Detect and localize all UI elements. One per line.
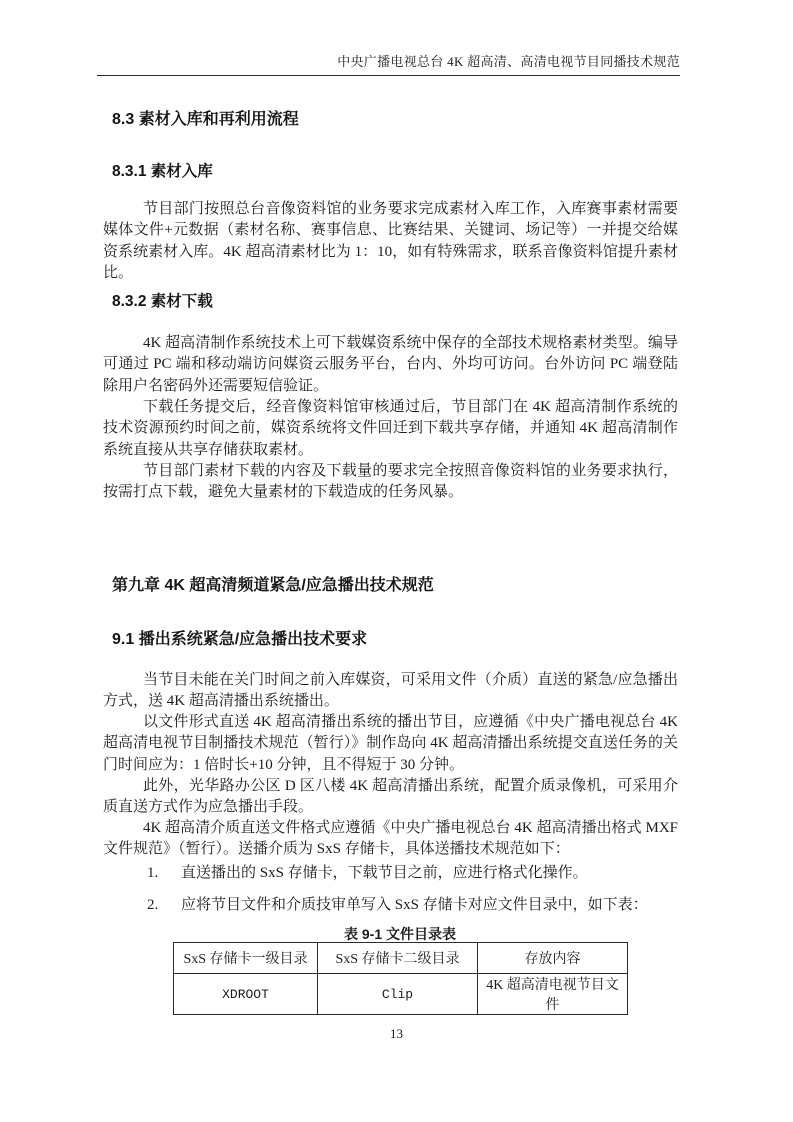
table-header-row: SxS 存储卡一级目录 SxS 存储卡二级目录 存放内容 [174,943,628,974]
list-item-1: 1.直送播出的 SxS 存储卡，下载节目之前，应进行格式化操作。 [103,863,678,884]
paragraph-media-recorder: 此外，光华路办公区 D 区八楼 4K 超高清播出系统，配置介质录像机，可采用介质… [103,776,678,819]
table-header-cell: SxS 存储卡一级目录 [174,943,318,974]
table-caption: 表 9-1 文件目录表 [173,924,627,944]
table-cell: XDROOT [174,974,318,1015]
paragraph-download-policy: 节目部门素材下载的内容及下载量的要求完全按照音像资料馆的业务要求执行，按需打点下… [103,461,678,504]
table-header-cell: SxS 存储卡二级目录 [318,943,478,974]
paragraph-download-access: 4K 超高清制作系统技术上可下载媒资系统中保存的全部技术规格素材类型。编导可通过… [103,333,678,397]
section-8-3-2-heading: 8.3.2 素材下载 [112,289,213,311]
list-item-text: 应将节目文件和介质技审单写入 SxS 存储卡对应文件目录中，如下表： [181,897,648,913]
table-data-row: XDROOT Clip 4K 超高清电视节目文件 [174,974,628,1015]
list-item-2: 2.应将节目文件和介质技审单写入 SxS 存储卡对应文件目录中，如下表： [103,895,678,916]
section-9-1-heading: 9.1 播出系统紧急/应急播出技术要求 [112,626,367,649]
chapter-9-heading: 第九章 4K 超高清频道紧急/应急播出技术规范 [112,572,434,595]
paragraph-emergency-mode: 当节目未能在关门时间之前入库媒资，可采用文件（介质）直送的紧急/应急播出方式，送… [103,670,678,713]
header-title: 中央广播电视总台 4K 超高清、高清电视节目同播技术规范 [337,54,680,69]
list-item-number: 1. [147,863,181,884]
section-8-3-1-heading: 8.3.1 素材入库 [112,159,213,181]
file-directory-table: SxS 存储卡一级目录 SxS 存储卡二级目录 存放内容 XDROOT Clip… [173,942,628,1015]
paragraph-material-ingest: 节目部门按照总台音像资料馆的业务要求完成素材入库工作，入库赛事素材需要媒体文件+… [103,199,678,284]
page: 中央广播电视总台 4K 超高清、高清电视节目同播技术规范 8.3 素材入库和再利… [0,0,793,1122]
table-cell: 4K 超高清电视节目文件 [478,974,628,1015]
table-header-cell: 存放内容 [478,943,628,974]
paragraph-download-task: 下载任务提交后，经音像资料馆审核通过后，节目部门在 4K 超高清制作系统的技术资… [103,397,678,461]
paragraph-mxf-format: 4K 超高清介质直送文件格式应遵循《中央广播电视总台 4K 超高清播出格式 MX… [103,818,678,861]
paragraph-file-direct-send: 以文件形式直送 4K 超高清播出系统的播出节目，应遵循《中央广播电视总台 4K … [103,712,678,776]
list-item-text: 直送播出的 SxS 存储卡，下载节目之前，应进行格式化操作。 [181,865,588,881]
table-cell: Clip [318,974,478,1015]
section-8-3-heading: 8.3 素材入库和再利用流程 [112,106,299,129]
page-header: 中央广播电视总台 4K 超高清、高清电视节目同播技术规范 [97,54,680,76]
list-item-number: 2. [147,895,181,916]
page-number: 13 [0,1026,793,1042]
